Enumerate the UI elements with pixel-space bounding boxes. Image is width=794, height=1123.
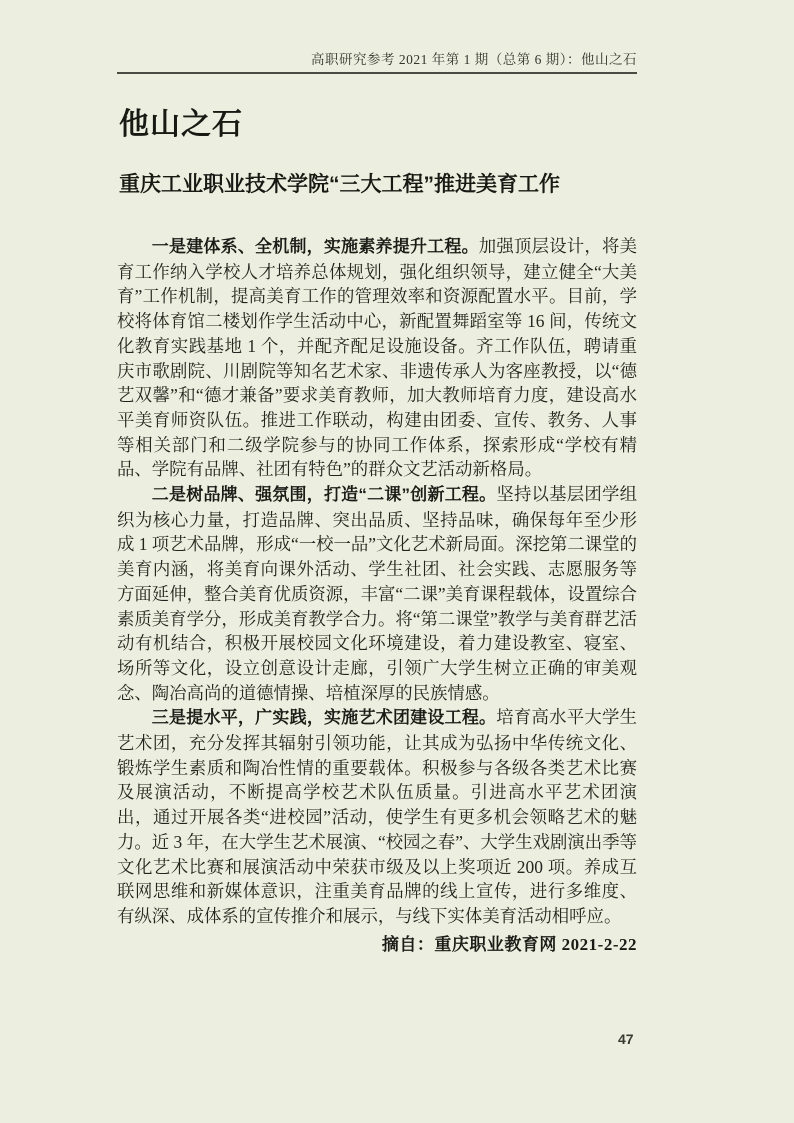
page-number: 47 [618,1031,634,1047]
header-rule [117,72,637,74]
paragraph-2: 二是树品牌、强氛围，打造“二课”创新工程。坚持以基层团学组织为核心力量，打造品牌… [117,482,637,705]
article-title: 重庆工业职业技术学院“三大工程”推进美育工作 [119,172,639,198]
paragraph-1-text: 加强顶层设计，将美育工作纳入学校人才培养总体规划，强化组织领导，建立健全“大美育… [117,236,637,479]
document-page: 高职研究参考 2021 年第 1 期（总第 6 期）：他山之石 他山之石 重庆工… [0,0,794,1123]
running-header: 高职研究参考 2021 年第 1 期（总第 6 期）：他山之石 [117,51,637,69]
paragraph-3: 三是提水平，广实践，实施艺术团建设工程。培育高水平大学生艺术团，充分发挥其辐射引… [117,705,637,928]
attribution: 摘自：重庆职业教育网 2021-2-22 [117,933,637,958]
paragraph-2-text: 坚持以基层团学组织为核心力量，打造品牌、突出品质、坚持品味，确保每年至少形成 1… [117,484,637,703]
paragraph-2-lead: 二是树品牌、强氛围，打造“二课”创新工程。 [152,485,497,504]
section-title: 他山之石 [119,108,243,142]
paragraph-3-text: 培育高水平大学生艺术团，充分发挥其辐射引领功能，让其成为弘扬中华传统文化、锻炼学… [117,707,637,926]
paragraph-1-lead: 一是建体系、全机制，实施素养提升工程。 [152,237,479,256]
paragraph-3-lead: 三是提水平，广实践，实施艺术团建设工程。 [152,708,497,727]
paragraph-1: 一是建体系、全机制，实施素养提升工程。加强顶层设计，将美育工作纳入学校人才培养总… [117,234,637,482]
article-body: 一是建体系、全机制，实施素养提升工程。加强顶层设计，将美育工作纳入学校人才培养总… [117,234,637,957]
